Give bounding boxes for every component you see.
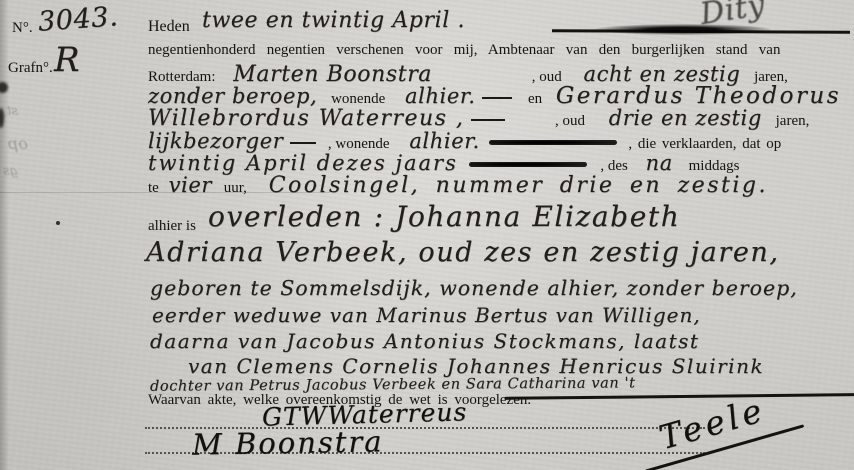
blotted-strike-line	[469, 162, 587, 167]
deceased-marriage-line3: van Clemens Cornelis Johannes Henricus S…	[188, 354, 764, 378]
deceased-marriage-line2: daarna van Jacobus Antonius Stockmans, l…	[150, 329, 699, 353]
death-certificate-scan: N°. 3043. Grafn°. R st, op gs Heden twee…	[0, 0, 854, 470]
act-date-handwritten: twee en twintig April .	[202, 8, 465, 33]
ink-blot	[595, 24, 770, 35]
ink-dot	[56, 221, 60, 225]
label-uur: uur,	[224, 180, 247, 196]
deceased-name-line2: Adriana Verbeek, oud zes en zestig jaren…	[146, 237, 780, 268]
signature-registrar: Teele	[655, 390, 770, 457]
blotted-strike-line	[489, 140, 617, 145]
scan-edge-shadow	[0, 0, 9, 470]
blank-strike-line	[471, 119, 505, 121]
signature-witness2: M Boonstra	[192, 424, 384, 461]
label-te: te	[148, 180, 159, 196]
graf-number-value: R	[54, 40, 80, 80]
parents-underline	[505, 393, 854, 400]
label-alhier-is: alhier is	[148, 218, 196, 235]
line-heden-label: Heden	[148, 18, 190, 36]
deceased-birth-line: geboren te Sommelsdijk, wonende alhier, …	[150, 276, 798, 300]
deceased-marriage-line1: eerder weduwe van Marinus Bertus van Wil…	[152, 303, 701, 327]
blank-strike-line	[290, 142, 316, 144]
blank-strike-line	[482, 97, 512, 99]
death-address-handwritten: Coolsingel, nummer drie en zestig.	[269, 173, 768, 198]
line-year-officials: negentienhonderd negentien verschenen vo…	[148, 42, 780, 59]
deceased-name-line1: overleden : Johanna Elizabeth	[208, 200, 680, 233]
act-number-label: N°.	[12, 20, 33, 37]
bleedthrough-fragment: op	[8, 134, 28, 153]
death-hour-handwritten: vier	[169, 173, 212, 197]
graf-number-label: Grafn°.	[8, 60, 53, 77]
act-number-value: 3043.	[37, 1, 119, 38]
